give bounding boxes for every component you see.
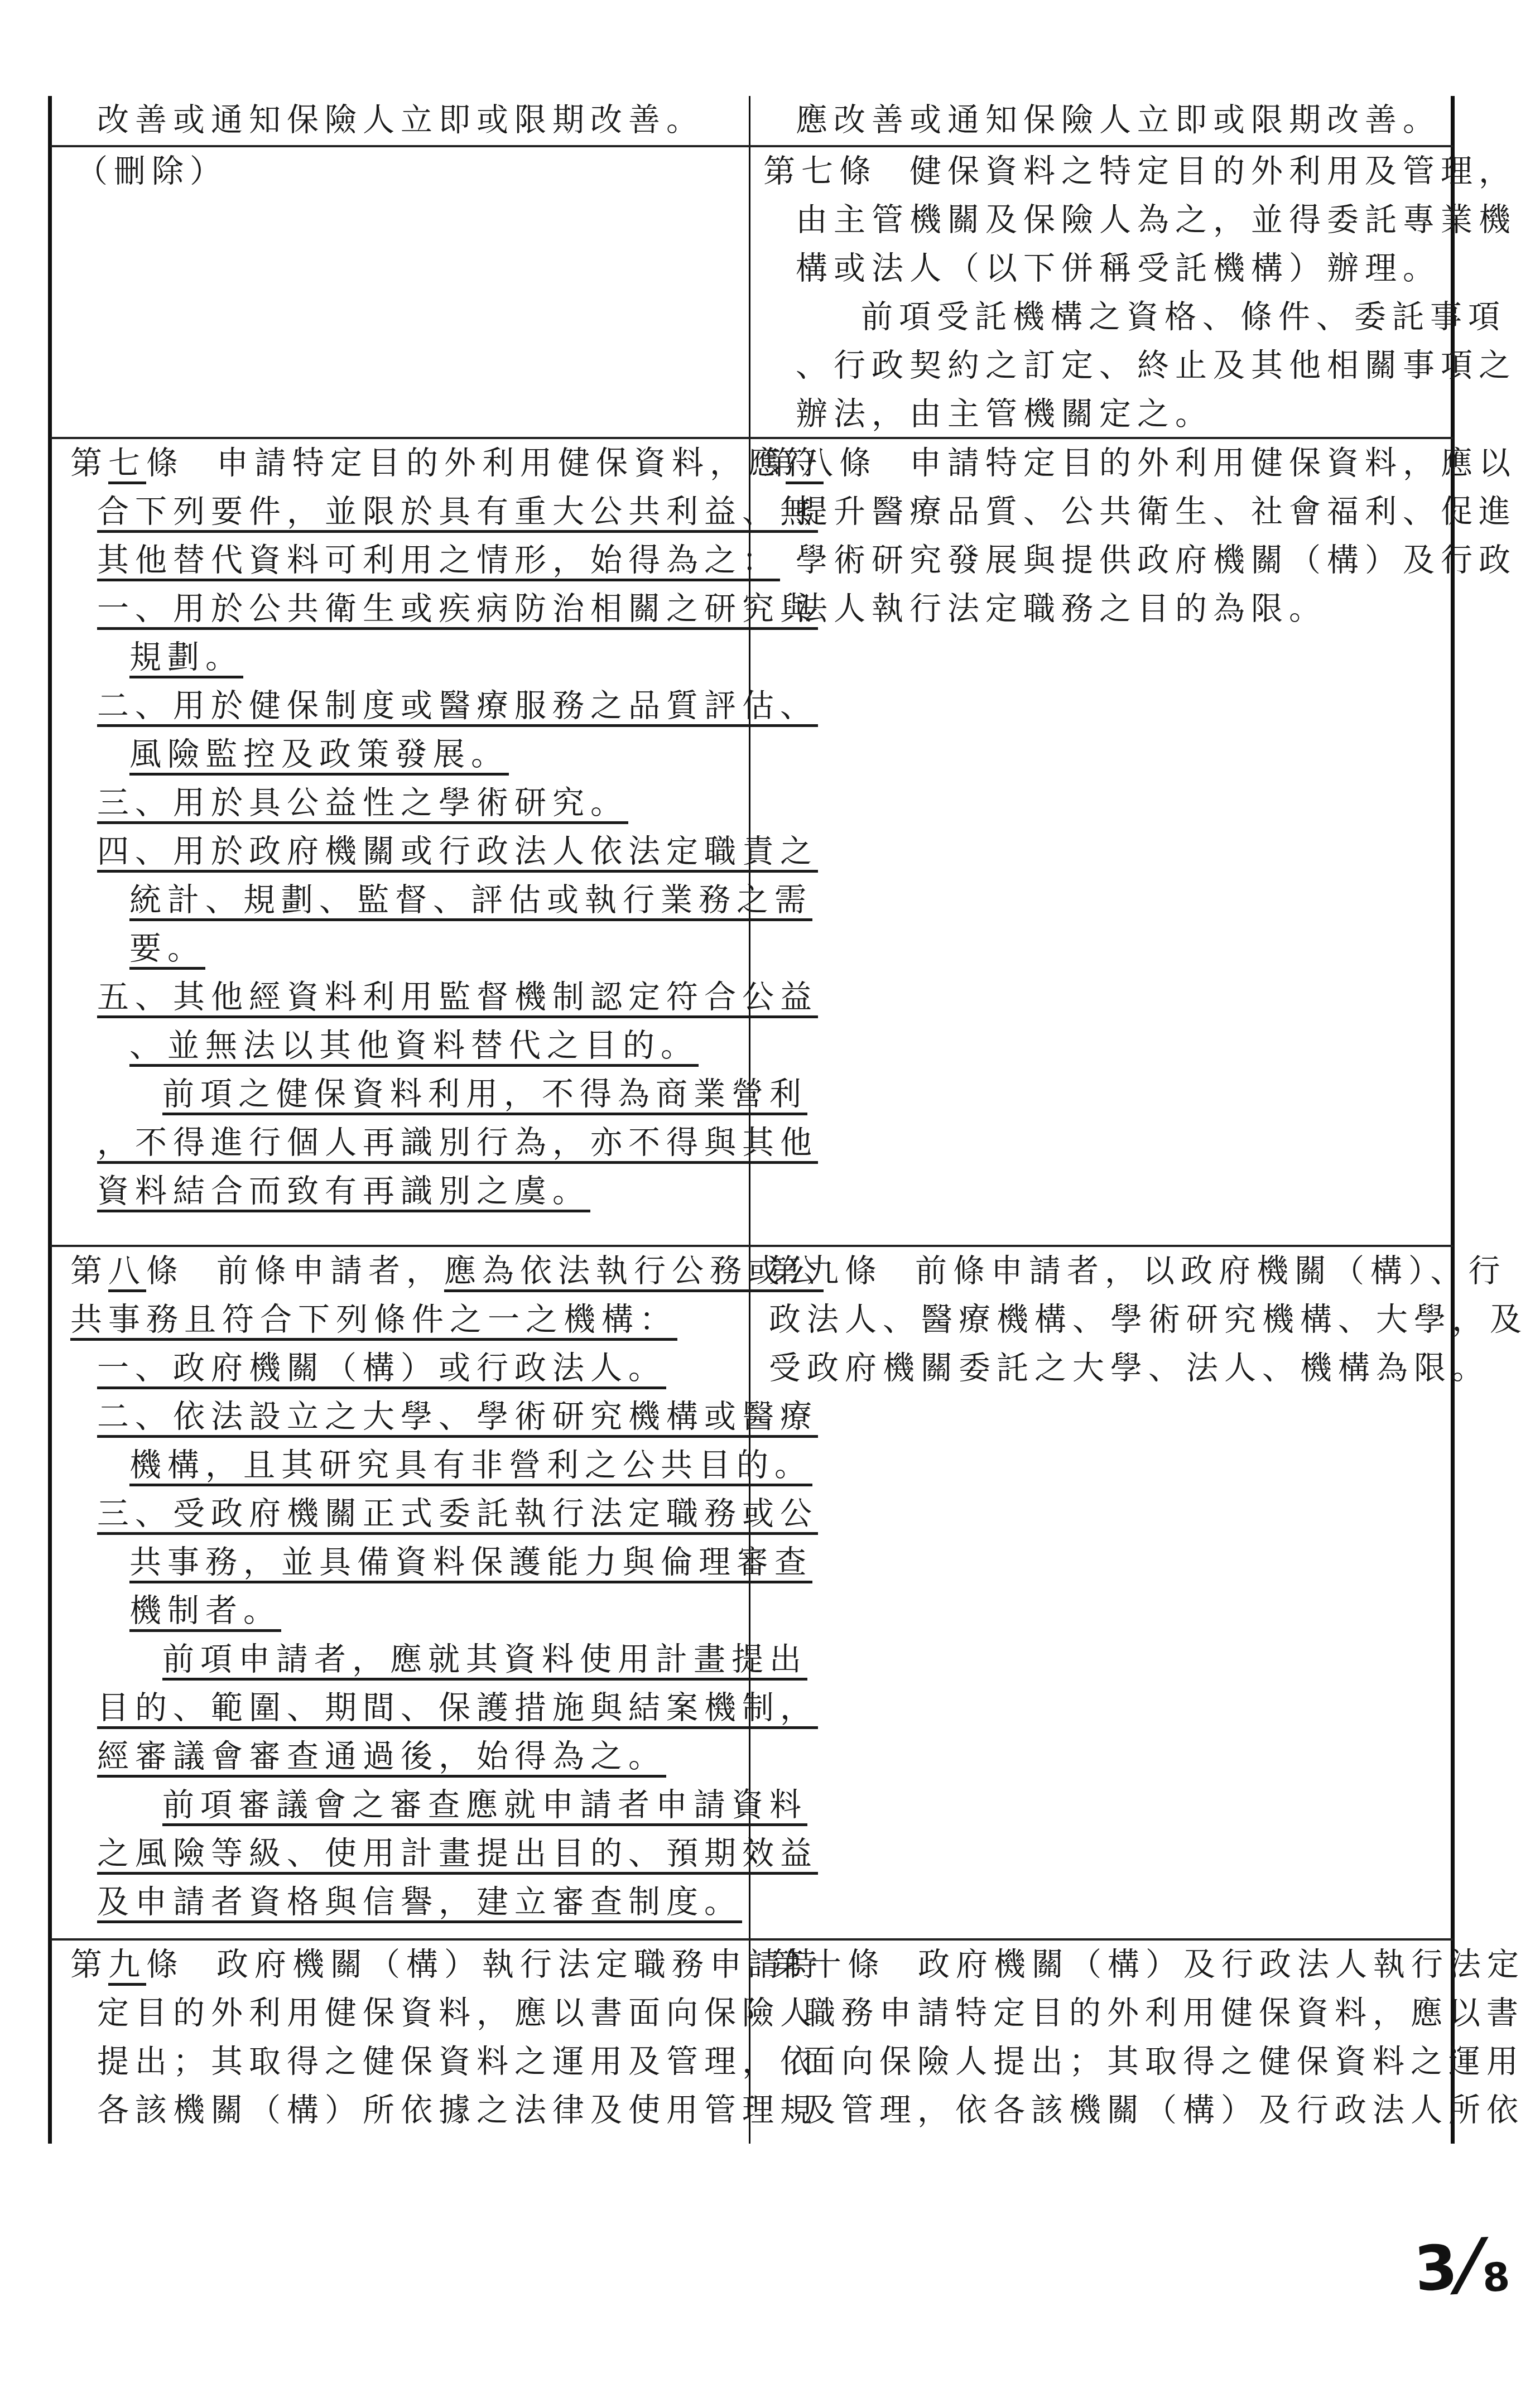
article-heading-line: 第八條前條申請者，應為依法執行公務或公 (70, 1247, 824, 1296)
article-number-amended: 九 (108, 1946, 146, 1983)
article-number-amended: 八 (108, 1253, 146, 1289)
article-heading-line: 第八條申請特定目的外利用健保資料，應以 (763, 439, 1517, 488)
amended-text-line: 其他替代資料可利用之情形，始得為之： (97, 536, 780, 585)
text-line: 及管理，依各該機關（構）及行政法人所依 (803, 2086, 1524, 2135)
amended-text-line: 機構，且其研究具有非營利之公共目的。 (129, 1441, 812, 1490)
amended-text-line: 經審議會審查通過後，始得為之。 (97, 1732, 666, 1781)
amended-text-line: 之風險等級、使用計畫提出目的、預期效益 (97, 1829, 818, 1878)
amended-text-line: 資料結合而致有再識別之虞。 (97, 1167, 590, 1216)
article-heading-line: 第十條政府機關（構）及行政法人執行法定 (772, 1941, 1525, 1989)
amended-text-line: 共事務且符合下列條件之一之機構： (70, 1296, 677, 1344)
text-line: 定目的外利用健保資料，應以書面向保險人 (97, 1989, 818, 2038)
amended-list-item-5: 五、其他經資料利用監督機制認定符合公益 (97, 973, 818, 1022)
scanned-document-page: 改善或通知保險人立即或限期改善。 應改善或通知保險人立即或限期改善。 （刪除） … (0, 0, 1540, 2388)
row-1-amended-cell: 改善或通知保險人立即或限期改善。 (54, 96, 748, 145)
table-right-border (1451, 96, 1455, 2144)
article-label: 第八條 (763, 445, 877, 482)
article-heading-line: 第七條申請特定目的外利用健保資料，應符 (70, 439, 824, 488)
article-label-suffix: 條 (146, 445, 184, 482)
text-line: 應改善或通知保險人立即或限期改善。 (796, 96, 1441, 145)
amended-list-item-3: 三、用於具公益性之學術研究。 (97, 779, 628, 827)
text-line: 改善或通知保險人立即或限期改善。 (97, 96, 704, 145)
text-line: 面向保險人提出；其取得之健保資料之運用 (803, 2038, 1524, 2086)
article-text: 申請特定目的外利用健保資料，應以 (909, 445, 1517, 482)
table-left-border (48, 96, 52, 2144)
text-line: 學術研究發展與提供政府機關（構）及行政 (796, 536, 1517, 585)
amended-list-item-2: 二、依法設立之大學、學術研究機構或醫療 (97, 1393, 818, 1441)
article-heading-line: 第九條政府機關（構）執行法定職務申請特 (70, 1941, 824, 1989)
text-line: 由主管機關及保險人為之，並得委託專業機 (796, 196, 1517, 244)
article-label: 第九條 (769, 1253, 883, 1289)
row-1-current-cell: 應改善或通知保險人立即或限期改善。 (752, 96, 1450, 145)
amended-list-item-2: 二、用於健保制度或醫療服務之品質評估、 (97, 682, 818, 730)
amended-list-item-3: 三、受政府機關正式委託執行法定職務或公 (97, 1490, 818, 1538)
text-line: 職務申請特定目的外利用健保資料，應以書 (803, 1989, 1524, 2038)
amended-text-line: 風險監控及政策發展。 (129, 730, 509, 779)
amended-paragraph-2: 前項申請者，應就其資料使用計畫提出 (162, 1635, 807, 1684)
article-label: 第十條 (772, 1946, 885, 1983)
text-line: 構或法人（以下併稱受託機構）辦理。 (796, 244, 1441, 293)
amended-paragraph-2: 前項之健保資料利用，不得為商業營利 (162, 1070, 807, 1119)
article-label-prefix: 第 (70, 1946, 108, 1983)
text-line: 辦法，由主管機關定之。 (796, 390, 1213, 439)
amended-text-line: 及申請者資格與信譽，建立審查制度。 (97, 1878, 742, 1927)
article-text: 申請特定目的外利用健保資料，應 (216, 445, 786, 482)
article-number-amended: 七 (108, 445, 146, 482)
amended-list-item-1: 一、用於公共衛生或疾病防治相關之研究與 (97, 585, 818, 633)
amended-text-line: 機制者。 (129, 1587, 281, 1635)
text-line: 各該機關（構）所依據之法律及使用管理規 (97, 2086, 818, 2135)
page-denominator: 8 (1481, 2254, 1511, 2301)
text-line: 提升醫療品質、公共衛生、社會福利、促進 (796, 488, 1517, 536)
handwritten-page-number: 3/8 (1412, 2223, 1511, 2307)
text-line: 、行政契約之訂定、終止及其他相關事項之 (796, 341, 1517, 390)
amended-text-line: 規劃。 (129, 633, 243, 682)
amended-text-line: 統計、規劃、監督、評估或執行業務之需 (129, 876, 812, 925)
amended-text-line: 、並無法以其他資料替代之目的。 (129, 1022, 699, 1070)
text-line: 前項受託機構之資格、條件、委託事項 (861, 293, 1506, 341)
article-text-amended: 應為依法執行公務或公 (444, 1253, 824, 1289)
amended-text-line: 要。 (129, 925, 205, 973)
text-line: 受政府機關委託之大學、法人、機構為限。 (769, 1344, 1490, 1393)
article-label-suffix: 條 (146, 1946, 184, 1983)
article-label-prefix: 第 (70, 445, 108, 482)
article-text: 政府機關（構）執行法定職務申請特 (216, 1946, 824, 1983)
amended-text-line: 合下列要件，並限於具有重大公共利益、無 (97, 488, 818, 536)
article-label-suffix: 條 (146, 1253, 184, 1289)
article-label: 第七條 (763, 153, 877, 190)
article-heading-line: 第九條前條申請者，以政府機關（構）、行 (769, 1247, 1507, 1296)
amended-paragraph-3: 前項審議會之審查應就申請者申請資料 (162, 1781, 807, 1829)
article-text: 前條申請者，以政府機關（構）、行 (915, 1253, 1507, 1289)
article-heading-line: 第七條健保資料之特定目的外利用及管理， (763, 147, 1517, 196)
amended-text-line: ，不得進行個人再識別行為，亦不得與其他 (97, 1119, 818, 1167)
amended-list-item-4: 四、用於政府機關或行政法人依法定職責之 (97, 827, 818, 876)
amended-text-line: 目的、範圍、期間、保護措施與結案機制， (97, 1684, 818, 1732)
text-line: 提出；其取得之健保資料之運用及管理，依 (97, 2038, 818, 2086)
article-text: 健保資料之特定目的外利用及管理， (909, 153, 1517, 190)
amended-text-line: 共事務，並具備資料保護能力與倫理審查 (129, 1538, 812, 1587)
amended-list-item-1: 一、政府機關（構）或行政法人。 (97, 1344, 666, 1393)
article-text: 政府機關（構）及行政法人執行法定 (918, 1946, 1525, 1983)
article-label-prefix: 第 (70, 1253, 108, 1289)
text-line: 政法人、醫療機構、學術研究機構、大學，及 (769, 1296, 1528, 1344)
deleted-marker: （刪除） (76, 147, 228, 196)
text-line: 法人執行法定職務之目的為限。 (796, 585, 1327, 633)
article-text: 前條申請者， (216, 1253, 444, 1289)
